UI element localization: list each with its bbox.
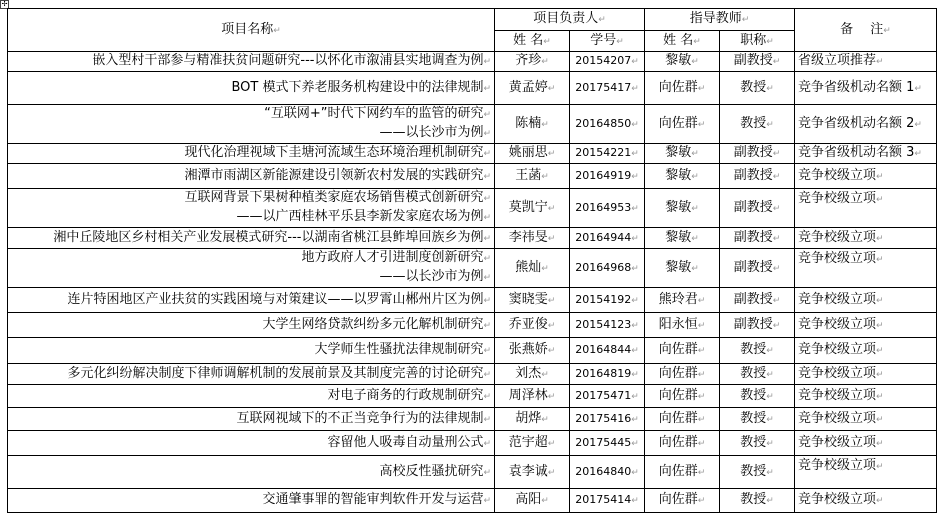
table-row: 连片特困地区产业扶贫的实践困境与对策建议——以罗霄山郴州片区为例↵窦晓雯↵201…	[8, 288, 937, 313]
project-name-line: 嵌入型村干部参与精准扶贫问题研究---以怀化市溆浦县实地调查为例↵	[11, 52, 491, 71]
advisor-title-cell[interactable]: 教授↵	[720, 456, 795, 489]
advisor-title-cell[interactable]: 教授↵	[720, 364, 795, 385]
student-id-cell[interactable]: 20164819↵	[570, 364, 645, 385]
student-id-cell[interactable]: 20154192↵	[570, 288, 645, 313]
advisor-name-cell[interactable]: 阳永恒↵	[645, 313, 720, 338]
project-name-line: 湘中丘陵地区乡村相关产业发展模式研究---以湖南省桃江县鲊埠回族乡为例↵	[11, 229, 491, 248]
advisor-title-cell[interactable]: 副教授↵	[720, 144, 795, 164]
remarks-cell[interactable]: 竞争校级立项↵	[795, 338, 937, 364]
leader-name-cell[interactable]: 袁李诚↵	[495, 456, 570, 489]
project-name-line: 大学生网络贷款纠纷多元化解机制研究↵	[11, 316, 491, 335]
advisor-name-cell[interactable]: 熊玲君↵	[645, 288, 720, 313]
student-id-cell[interactable]: 20154221↵	[570, 144, 645, 164]
table-row: 地方政府人才引进制度创新研究↵——以长沙市为例↵熊灿↵20164968↵黎敏↵副…	[8, 249, 937, 288]
advisor-name-cell[interactable]: 向佐群↵	[645, 489, 720, 513]
leader-name-cell[interactable]: 李祎旻↵	[495, 228, 570, 249]
advisor-name-cell[interactable]: 向佐群↵	[645, 338, 720, 364]
advisor-name-cell[interactable]: 向佐群↵	[645, 385, 720, 408]
project-table: 项目名称↵ 项目负责人↵ 指导教师↵ 备 注↵ 姓 名↵ 学号↵ 姓 名↵ 职称…	[7, 8, 937, 513]
remarks-cell[interactable]: 竞争省级机动名额 1↵	[795, 72, 937, 105]
header-remarks: 备 注↵	[795, 9, 937, 52]
student-id-cell[interactable]: 20154123↵	[570, 313, 645, 338]
student-id-cell[interactable]: 20164844↵	[570, 338, 645, 364]
project-name-cell[interactable]: 嵌入型村干部参与精准扶贫问题研究---以怀化市溆浦县实地调查为例↵	[8, 52, 495, 72]
advisor-name-cell[interactable]: 向佐群↵	[645, 456, 720, 489]
leader-name-cell[interactable]: 乔亚俊↵	[495, 313, 570, 338]
project-name-line: ——以长沙市为例↵	[11, 268, 491, 287]
remarks-cell[interactable]: 竞争校级立项↵	[795, 385, 937, 408]
advisor-name-cell[interactable]: 黎敏↵	[645, 164, 720, 189]
advisor-name-cell[interactable]: 黎敏↵	[645, 52, 720, 72]
table-row: 多元化纠纷解决制度下律师调解机制的发展前景及其制度完善的讨论研究↵刘杰↵2016…	[8, 364, 937, 385]
remarks-cell[interactable]: 竞争校级立项↵	[795, 313, 937, 338]
student-id-cell[interactable]: 20164968↵	[570, 249, 645, 288]
advisor-title-cell[interactable]: 副教授↵	[720, 249, 795, 288]
advisor-title-cell[interactable]: 教授↵	[720, 385, 795, 408]
remarks-cell[interactable]: 省级立项推荐↵	[795, 52, 937, 72]
remarks-cell[interactable]: 竞争校级立项↵	[795, 249, 937, 288]
leader-name-cell[interactable]: 范宇超↵	[495, 431, 570, 456]
table-row: BOT 模式下养老服务机构建设中的法律规制↵黄孟婷↵20175417↵向佐群↵教…	[8, 72, 937, 105]
remarks-cell[interactable]: 竞争校级立项↵	[795, 456, 937, 489]
leader-name-cell[interactable]: 莫凯宁↵	[495, 189, 570, 228]
project-name-line: 高校反性骚扰研究↵	[11, 463, 491, 482]
header-student-id: 学号↵	[570, 31, 645, 52]
header-project-name: 项目名称↵	[8, 9, 495, 52]
project-name-line: 交通肇事罪的智能审判软件开发与运营↵	[11, 491, 491, 510]
advisor-name-cell[interactable]: 黎敏↵	[645, 228, 720, 249]
advisor-name-cell[interactable]: 黎敏↵	[645, 189, 720, 228]
project-name-line: ——以长沙市为例↵	[11, 124, 491, 143]
student-id-cell[interactable]: 20164953↵	[570, 189, 645, 228]
student-id-cell[interactable]: 20175417↵	[570, 72, 645, 105]
table-row: 湘潭市雨湖区新能源建设引领新农村发展的实践研究↵王菡↵20164919↵黎敏↵副…	[8, 164, 937, 189]
remarks-cell[interactable]: 竞争校级立项↵	[795, 164, 937, 189]
project-name-cell[interactable]: 对电子商务的行政规制研究↵	[8, 385, 495, 408]
project-name-cell[interactable]: 互联网背景下果树种植类家庭农场销售模式创新研究↵——以广西桂林平乐县李新发家庭农…	[8, 189, 495, 228]
header-leader-name: 姓 名↵	[495, 31, 570, 52]
advisor-title-cell[interactable]: 教授↵	[720, 408, 795, 431]
leader-name-cell[interactable]: 张燕娇↵	[495, 338, 570, 364]
advisor-title-cell[interactable]: 副教授↵	[720, 52, 795, 72]
student-id-cell[interactable]: 20164840↵	[570, 456, 645, 489]
advisor-name-cell[interactable]: 黎敏↵	[645, 144, 720, 164]
header-leader-group: 项目负责人↵	[495, 9, 645, 31]
project-name-cell[interactable]: 多元化纠纷解决制度下律师调解机制的发展前景及其制度完善的讨论研究↵	[8, 364, 495, 385]
table-row: 互联网视域下的不正当竞争行为的法律规制↵胡烨↵20175416↵向佐群↵教授↵竞…	[8, 408, 937, 431]
student-id-cell[interactable]: 20154207↵	[570, 52, 645, 72]
remarks-cell[interactable]: 竞争省级机动名额 2↵	[795, 105, 937, 144]
leader-name-cell[interactable]: 高阳↵	[495, 489, 570, 513]
remarks-cell[interactable]: 竞争校级立项↵	[795, 489, 937, 513]
leader-name-cell[interactable]: 姚丽思↵	[495, 144, 570, 164]
project-name-cell[interactable]: 大学师生性骚扰法律规制研究↵	[8, 338, 495, 364]
remarks-cell[interactable]: 竞争校级立项↵	[795, 431, 937, 456]
project-name-line: 现代化治理视域下圭塘河流域生态环境治理机制研究↵	[11, 144, 491, 163]
project-name-line: 容留他人吸毒自动量刑公式↵	[11, 434, 491, 453]
project-name-line: 互联网视域下的不正当竞争行为的法律规制↵	[11, 410, 491, 429]
project-name-line: 连片特困地区产业扶贫的实践困境与对策建议——以罗霄山郴州片区为例↵	[11, 291, 491, 310]
project-name-line: BOT 模式下养老服务机构建设中的法律规制↵	[11, 79, 491, 98]
advisor-title-cell[interactable]: 教授↵	[720, 72, 795, 105]
advisor-title-cell[interactable]: 教授↵	[720, 489, 795, 513]
advisor-title-cell[interactable]: 教授↵	[720, 338, 795, 364]
advisor-title-cell[interactable]: 副教授↵	[720, 164, 795, 189]
table-row: 嵌入型村干部参与精准扶贫问题研究---以怀化市溆浦县实地调查为例↵齐珍↵2015…	[8, 52, 937, 72]
leader-name-cell[interactable]: 陈楠↵	[495, 105, 570, 144]
advisor-name-cell[interactable]: 向佐群↵	[645, 72, 720, 105]
advisor-name-cell[interactable]: 向佐群↵	[645, 364, 720, 385]
project-name-cell[interactable]: 交通肇事罪的智能审判软件开发与运营↵	[8, 489, 495, 513]
project-name-cell[interactable]: 高校反性骚扰研究↵	[8, 456, 495, 489]
remarks-cell[interactable]: 竞争校级立项↵	[795, 288, 937, 313]
table-row: 容留他人吸毒自动量刑公式↵范宇超↵20175445↵向佐群↵教授↵竞争校级立项↵	[8, 431, 937, 456]
advisor-title-cell[interactable]: 副教授↵	[720, 288, 795, 313]
advisor-title-cell[interactable]: 副教授↵	[720, 189, 795, 228]
student-id-cell[interactable]: 20175416↵	[570, 408, 645, 431]
advisor-title-cell[interactable]: 副教授↵	[720, 228, 795, 249]
table-row: 现代化治理视域下圭塘河流域生态环境治理机制研究↵姚丽思↵20154221↵黎敏↵…	[8, 144, 937, 164]
project-name-cell[interactable]: 容留他人吸毒自动量刑公式↵	[8, 431, 495, 456]
table-row: 高校反性骚扰研究↵袁李诚↵20164840↵向佐群↵教授↵竞争校级立项↵	[8, 456, 937, 489]
project-name-line: 湘潭市雨湖区新能源建设引领新农村发展的实践研究↵	[11, 167, 491, 186]
advisor-name-cell[interactable]: 向佐群↵	[645, 105, 720, 144]
remarks-cell[interactable]: 竞争校级立项↵	[795, 364, 937, 385]
table-row: “互联网+”时代下网约车的监管的研究↵——以长沙市为例↵陈楠↵20164850↵…	[8, 105, 937, 144]
header-advisor-group: 指导教师↵	[645, 9, 795, 31]
leader-name-cell[interactable]: 刘杰↵	[495, 364, 570, 385]
project-name-line: 大学师生性骚扰法律规制研究↵	[11, 341, 491, 360]
header-advisor-name: 姓 名↵	[645, 31, 720, 52]
remarks-cell[interactable]: 竞争校级立项↵	[795, 228, 937, 249]
student-id-cell[interactable]: 20164919↵	[570, 164, 645, 189]
leader-name-cell[interactable]: 周泽林↵	[495, 385, 570, 408]
remarks-cell[interactable]: 竞争校级立项↵	[795, 189, 937, 228]
project-name-cell[interactable]: 现代化治理视域下圭塘河流域生态环境治理机制研究↵	[8, 144, 495, 164]
project-name-cell[interactable]: 大学生网络贷款纠纷多元化解机制研究↵	[8, 313, 495, 338]
table-body: 嵌入型村干部参与精准扶贫问题研究---以怀化市溆浦县实地调查为例↵齐珍↵2015…	[8, 52, 937, 513]
table-row: 对电子商务的行政规制研究↵周泽林↵20175471↵向佐群↵教授↵竞争校级立项↵	[8, 385, 937, 408]
leader-name-cell[interactable]: 窦晓雯↵	[495, 288, 570, 313]
student-id-cell[interactable]: 20175445↵	[570, 431, 645, 456]
leader-name-cell[interactable]: 胡烨↵	[495, 408, 570, 431]
project-name-cell[interactable]: BOT 模式下养老服务机构建设中的法律规制↵	[8, 72, 495, 105]
student-id-cell[interactable]: 20164850↵	[570, 105, 645, 144]
project-name-cell[interactable]: 连片特困地区产业扶贫的实践困境与对策建议——以罗霄山郴州片区为例↵	[8, 288, 495, 313]
project-name-cell[interactable]: 湘潭市雨湖区新能源建设引领新农村发展的实践研究↵	[8, 164, 495, 189]
leader-name-cell[interactable]: 黄孟婷↵	[495, 72, 570, 105]
advisor-title-cell[interactable]: 教授↵	[720, 105, 795, 144]
student-id-cell[interactable]: 20175471↵	[570, 385, 645, 408]
project-name-cell[interactable]: 湘中丘陵地区乡村相关产业发展模式研究---以湖南省桃江县鲊埠回族乡为例↵	[8, 228, 495, 249]
table-row: 湘中丘陵地区乡村相关产业发展模式研究---以湖南省桃江县鲊埠回族乡为例↵李祎旻↵…	[8, 228, 937, 249]
remarks-cell[interactable]: 竞争校级立项↵	[795, 408, 937, 431]
remarks-cell[interactable]: 竞争省级机动名额 3↵	[795, 144, 937, 164]
header-advisor-title: 职称↵	[720, 31, 795, 52]
leader-name-cell[interactable]: 王菡↵	[495, 164, 570, 189]
project-name-line: 地方政府人才引进制度创新研究↵	[11, 249, 491, 268]
project-name-line: ——以广西桂林平乐县李新发家庭农场为例↵	[11, 208, 491, 227]
project-name-cell[interactable]: 地方政府人才引进制度创新研究↵——以长沙市为例↵	[8, 249, 495, 288]
advisor-title-cell[interactable]: 教授↵	[720, 431, 795, 456]
project-name-line: 对电子商务的行政规制研究↵	[11, 387, 491, 406]
advisor-name-cell[interactable]: 黎敏↵	[645, 249, 720, 288]
advisor-title-cell[interactable]: 副教授↵	[720, 313, 795, 338]
project-name-line: 多元化纠纷解决制度下律师调解机制的发展前景及其制度完善的讨论研究↵	[11, 365, 491, 384]
leader-name-cell[interactable]: 熊灿↵	[495, 249, 570, 288]
advisor-name-cell[interactable]: 向佐群↵	[645, 431, 720, 456]
table-row: 大学生网络贷款纠纷多元化解机制研究↵乔亚俊↵20154123↵阳永恒↵副教授↵竞…	[8, 313, 937, 338]
leader-name-cell[interactable]: 齐珍↵	[495, 52, 570, 72]
table-row: 互联网背景下果树种植类家庭农场销售模式创新研究↵——以广西桂林平乐县李新发家庭农…	[8, 189, 937, 228]
project-name-line: “互联网+”时代下网约车的监管的研究↵	[11, 105, 491, 124]
project-name-cell[interactable]: 互联网视域下的不正当竞争行为的法律规制↵	[8, 408, 495, 431]
table-row: 交通肇事罪的智能审判软件开发与运营↵高阳↵20175414↵向佐群↵教授↵竞争校…	[8, 489, 937, 513]
student-id-cell[interactable]: 20175414↵	[570, 489, 645, 513]
project-name-cell[interactable]: “互联网+”时代下网约车的监管的研究↵——以长沙市为例↵	[8, 105, 495, 144]
student-id-cell[interactable]: 20164944↵	[570, 228, 645, 249]
project-name-line: 互联网背景下果树种植类家庭农场销售模式创新研究↵	[11, 189, 491, 208]
advisor-name-cell[interactable]: 向佐群↵	[645, 408, 720, 431]
table-row: 大学师生性骚扰法律规制研究↵张燕娇↵20164844↵向佐群↵教授↵竞争校级立项…	[8, 338, 937, 364]
